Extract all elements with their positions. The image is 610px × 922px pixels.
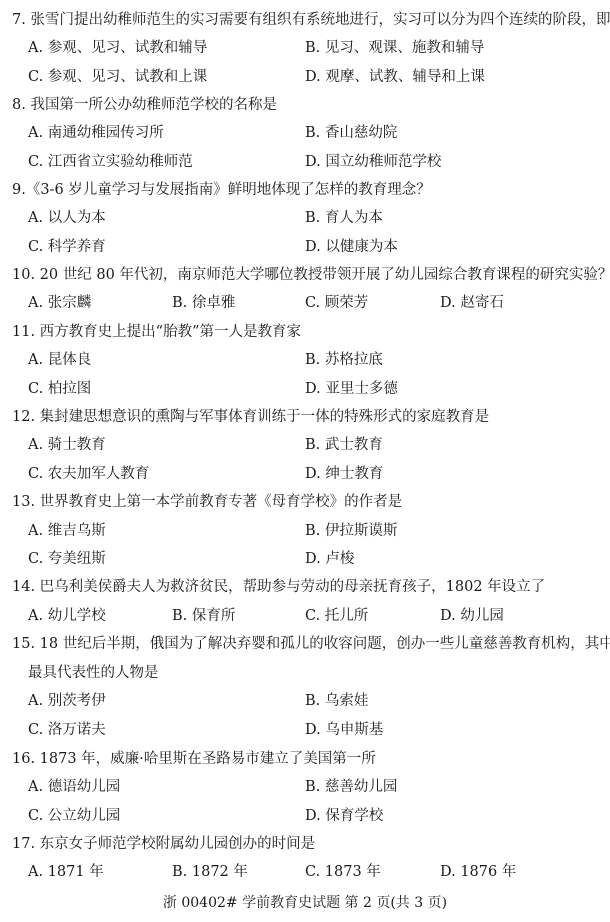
question-9-options-row-1: A. 以人为本 B. 育人为本 bbox=[0, 204, 610, 232]
question-10-stem: 10. 20 世纪 80 年代初，南京师范大学哪位教授带领开展了幼儿园综合教育课… bbox=[12, 261, 610, 289]
option-c: C. 洛万诺夫 bbox=[28, 716, 106, 744]
option-b: B. 见习、观课、施教和辅导 bbox=[305, 34, 484, 62]
option-a: A. 以人为本 bbox=[28, 204, 106, 232]
question-11-options-row-1: A. 昆体良 B. 苏格拉底 bbox=[0, 346, 610, 374]
option-a: A. 维吉乌斯 bbox=[28, 517, 106, 545]
option-c: C. 农夫加军人教育 bbox=[28, 460, 149, 488]
option-d: D. 观摩、试教、辅导和上课 bbox=[305, 63, 485, 91]
option-b: B. 育人为本 bbox=[305, 204, 383, 232]
option-b: B. 保育所 bbox=[172, 602, 235, 630]
option-b: B. 1872 年 bbox=[172, 858, 248, 886]
option-b: B. 苏格拉底 bbox=[305, 346, 383, 374]
option-a: A. 别茨考伊 bbox=[28, 687, 106, 715]
option-d: D. 1876 年 bbox=[440, 858, 516, 886]
question-13-options-row-2: C. 夸美纽斯 D. 卢梭 bbox=[0, 545, 610, 573]
question-14-options-row: A. 幼儿学校 B. 保育所 C. 托儿所 D. 幼儿园 bbox=[0, 602, 610, 630]
option-d: D. 赵寄石 bbox=[440, 289, 504, 317]
option-c: C. 1873 年 bbox=[305, 858, 381, 886]
page-footer: 浙 00402# 学前教育史试题 第 2 页(共 3 页) bbox=[0, 889, 610, 917]
question-17-stem: 17. 东京女子师范学校附属幼儿园创办的时间是 bbox=[12, 830, 315, 858]
question-11-stem: 11. 西方教育史上提出“胎教”第一人是教育家 bbox=[12, 318, 301, 346]
option-b: B. 香山慈幼院 bbox=[305, 119, 397, 147]
question-12-options-row-1: A. 骑士教育 B. 武士教育 bbox=[0, 431, 610, 459]
question-15-stem: 15. 18 世纪后半期，俄国为了解决弃婴和孤儿的收容问题，创办一些儿童慈善教育… bbox=[12, 630, 610, 658]
option-d: D. 以健康为本 bbox=[305, 233, 398, 261]
option-a: A. 参观、见习、试教和辅导 bbox=[28, 34, 207, 62]
question-12-stem: 12. 集封建思想意识的熏陶与军事体育训练于一体的特殊形式的家庭教育是 bbox=[12, 403, 489, 431]
question-9-options-row-2: C. 科学养育 D. 以健康为本 bbox=[0, 233, 610, 261]
question-7-options-row-1: A. 参观、见习、试教和辅导 B. 见习、观课、施教和辅导 bbox=[0, 34, 610, 62]
question-8-stem: 8. 我国第一所公办幼稚师范学校的名称是 bbox=[12, 91, 277, 119]
option-d: D. 幼儿园 bbox=[440, 602, 504, 630]
option-a: A. 1871 年 bbox=[28, 858, 104, 886]
question-15-options-row-2: C. 洛万诺夫 D. 乌申斯基 bbox=[0, 716, 610, 744]
option-b: B. 武士教育 bbox=[305, 431, 383, 459]
question-12-options-row-2: C. 农夫加军人教育 D. 绅士教育 bbox=[0, 460, 610, 488]
question-15-options-row-1: A. 别茨考伊 B. 乌索娃 bbox=[0, 687, 610, 715]
option-c: C. 江西省立实验幼稚师范 bbox=[28, 148, 193, 176]
option-c: C. 柏拉图 bbox=[28, 375, 91, 403]
option-d: D. 乌申斯基 bbox=[305, 716, 383, 744]
option-a: A. 南通幼稚园传习所 bbox=[28, 119, 164, 147]
option-c: C. 参观、见习、试教和上课 bbox=[28, 63, 207, 91]
option-d: D. 亚里士多德 bbox=[305, 375, 398, 403]
question-16-stem: 16. 1873 年，威廉·哈里斯在圣路易市建立了美国第一所 bbox=[12, 745, 376, 773]
option-a: A. 骑士教育 bbox=[28, 431, 106, 459]
question-10-options-row: A. 张宗麟 B. 徐卓雅 C. 顾荣芳 D. 赵寄石 bbox=[0, 289, 610, 317]
option-c: C. 托儿所 bbox=[305, 602, 368, 630]
option-c: C. 夸美纽斯 bbox=[28, 545, 106, 573]
option-b: B. 伊拉斯谟斯 bbox=[305, 517, 397, 545]
question-14-stem: 14. 巴乌利美侯爵夫人为救济贫民，帮助参与劳动的母亲抚育孩子，1802 年设立… bbox=[12, 573, 545, 601]
question-16-options-row-1: A. 德语幼儿园 B. 慈善幼儿园 bbox=[0, 773, 610, 801]
question-9-stem: 9.《3-6 岁儿童学习与发展指南》鲜明地体现了怎样的教育理念？ bbox=[12, 176, 431, 204]
option-d: D. 绅士教育 bbox=[305, 460, 383, 488]
option-d: D. 国立幼稚师范学校 bbox=[305, 148, 441, 176]
option-a: A. 张宗麟 bbox=[28, 289, 91, 317]
option-b: B. 徐卓雅 bbox=[172, 289, 235, 317]
option-a: A. 德语幼儿园 bbox=[28, 773, 120, 801]
option-d: D. 保育学校 bbox=[305, 802, 383, 830]
option-c: C. 公立幼儿园 bbox=[28, 802, 120, 830]
question-7-options-row-2: C. 参观、见习、试教和上课 D. 观摩、试教、辅导和上课 bbox=[0, 63, 610, 91]
option-b: B. 乌索娃 bbox=[305, 687, 368, 715]
exam-page: 7. 张雪门提出幼稚师范生的实习需要有组织有系统地进行，实习可以分为四个连续的阶… bbox=[0, 0, 610, 922]
option-d: D. 卢梭 bbox=[305, 545, 354, 573]
question-16-options-row-2: C. 公立幼儿园 D. 保育学校 bbox=[0, 802, 610, 830]
option-c: C. 顾荣芳 bbox=[305, 289, 368, 317]
question-8-options-row-1: A. 南通幼稚园传习所 B. 香山慈幼院 bbox=[0, 119, 610, 147]
question-7-stem: 7. 张雪门提出幼稚师范生的实习需要有组织有系统地进行，实习可以分为四个连续的阶… bbox=[12, 6, 610, 34]
question-8-options-row-2: C. 江西省立实验幼稚师范 D. 国立幼稚师范学校 bbox=[0, 148, 610, 176]
question-15-stem-continued: 最具代表性的人物是 bbox=[28, 659, 159, 687]
option-a: A. 昆体良 bbox=[28, 346, 91, 374]
question-11-options-row-2: C. 柏拉图 D. 亚里士多德 bbox=[0, 375, 610, 403]
question-13-stem: 13. 世界教育史上第一本学前教育专著《母育学校》的作者是 bbox=[12, 488, 402, 516]
option-c: C. 科学养育 bbox=[28, 233, 106, 261]
option-b: B. 慈善幼儿园 bbox=[305, 773, 397, 801]
question-13-options-row-1: A. 维吉乌斯 B. 伊拉斯谟斯 bbox=[0, 517, 610, 545]
option-a: A. 幼儿学校 bbox=[28, 602, 106, 630]
question-17-options-row: A. 1871 年 B. 1872 年 C. 1873 年 D. 1876 年 bbox=[0, 858, 610, 886]
